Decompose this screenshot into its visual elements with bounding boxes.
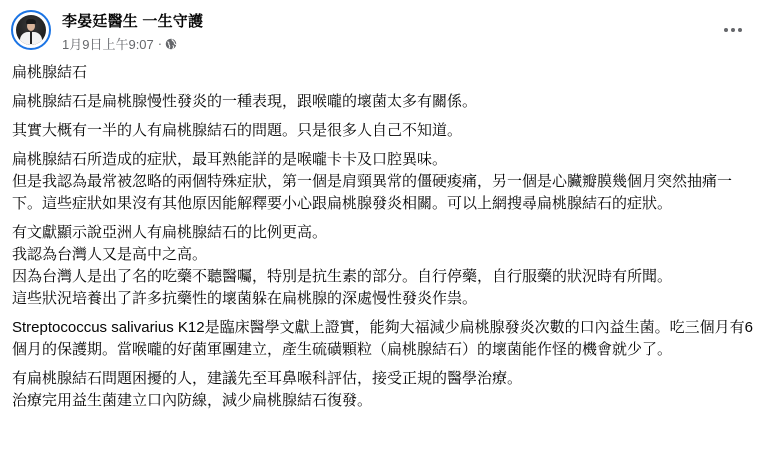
post-timestamp-link[interactable]: 1月9日上午9:07 bbox=[62, 34, 154, 53]
author-name-link[interactable]: 李晏廷醫生 一生守護 bbox=[62, 10, 203, 31]
avatar-image bbox=[16, 15, 46, 45]
meta-separator: · bbox=[158, 36, 162, 51]
post-paragraph: 有文獻顯示說亞洲人有扁桃腺結石的比例更高。 我認為台灣人又是高中之高。 因為台灣… bbox=[12, 222, 757, 310]
author-avatar[interactable] bbox=[11, 10, 51, 50]
post-paragraph: 扁桃腺結石 bbox=[12, 62, 757, 84]
more-dot bbox=[738, 28, 742, 32]
post-paragraph: 其實大概有一半的人有扁桃腺結石的問題。只是很多人自己不知道。 bbox=[12, 120, 757, 142]
post-meta: 1月9日上午9:07 · bbox=[62, 34, 177, 53]
more-dot bbox=[724, 28, 728, 32]
post-paragraph: Streptococcus salivarius K12是臨床醫學文獻上證實，能… bbox=[12, 317, 757, 361]
globe-icon[interactable] bbox=[165, 38, 177, 50]
more-options-button[interactable] bbox=[720, 20, 746, 40]
post-paragraph: 扁桃腺結石是扁桃腺慢性發炎的一種表現，跟喉嚨的壞菌太多有關係。 bbox=[12, 91, 757, 113]
post-body: 扁桃腺結石 扁桃腺結石是扁桃腺慢性發炎的一種表現，跟喉嚨的壞菌太多有關係。 其實… bbox=[12, 62, 757, 419]
post-paragraph: 扁桃腺結石所造成的症狀，最耳熟能詳的是喉嚨卡卡及口腔異味。 但是我認為最常被忽略… bbox=[12, 149, 757, 215]
post-header: 李晏廷醫生 一生守護 1月9日上午9:07 · bbox=[0, 0, 763, 60]
more-dot bbox=[731, 28, 735, 32]
avatar-tie bbox=[30, 32, 32, 44]
post-paragraph: 有扁桃腺結石問題困擾的人，建議先至耳鼻喉科評估，接受正規的醫學治療。 治療完用益… bbox=[12, 368, 757, 412]
avatar-hair bbox=[26, 19, 36, 24]
